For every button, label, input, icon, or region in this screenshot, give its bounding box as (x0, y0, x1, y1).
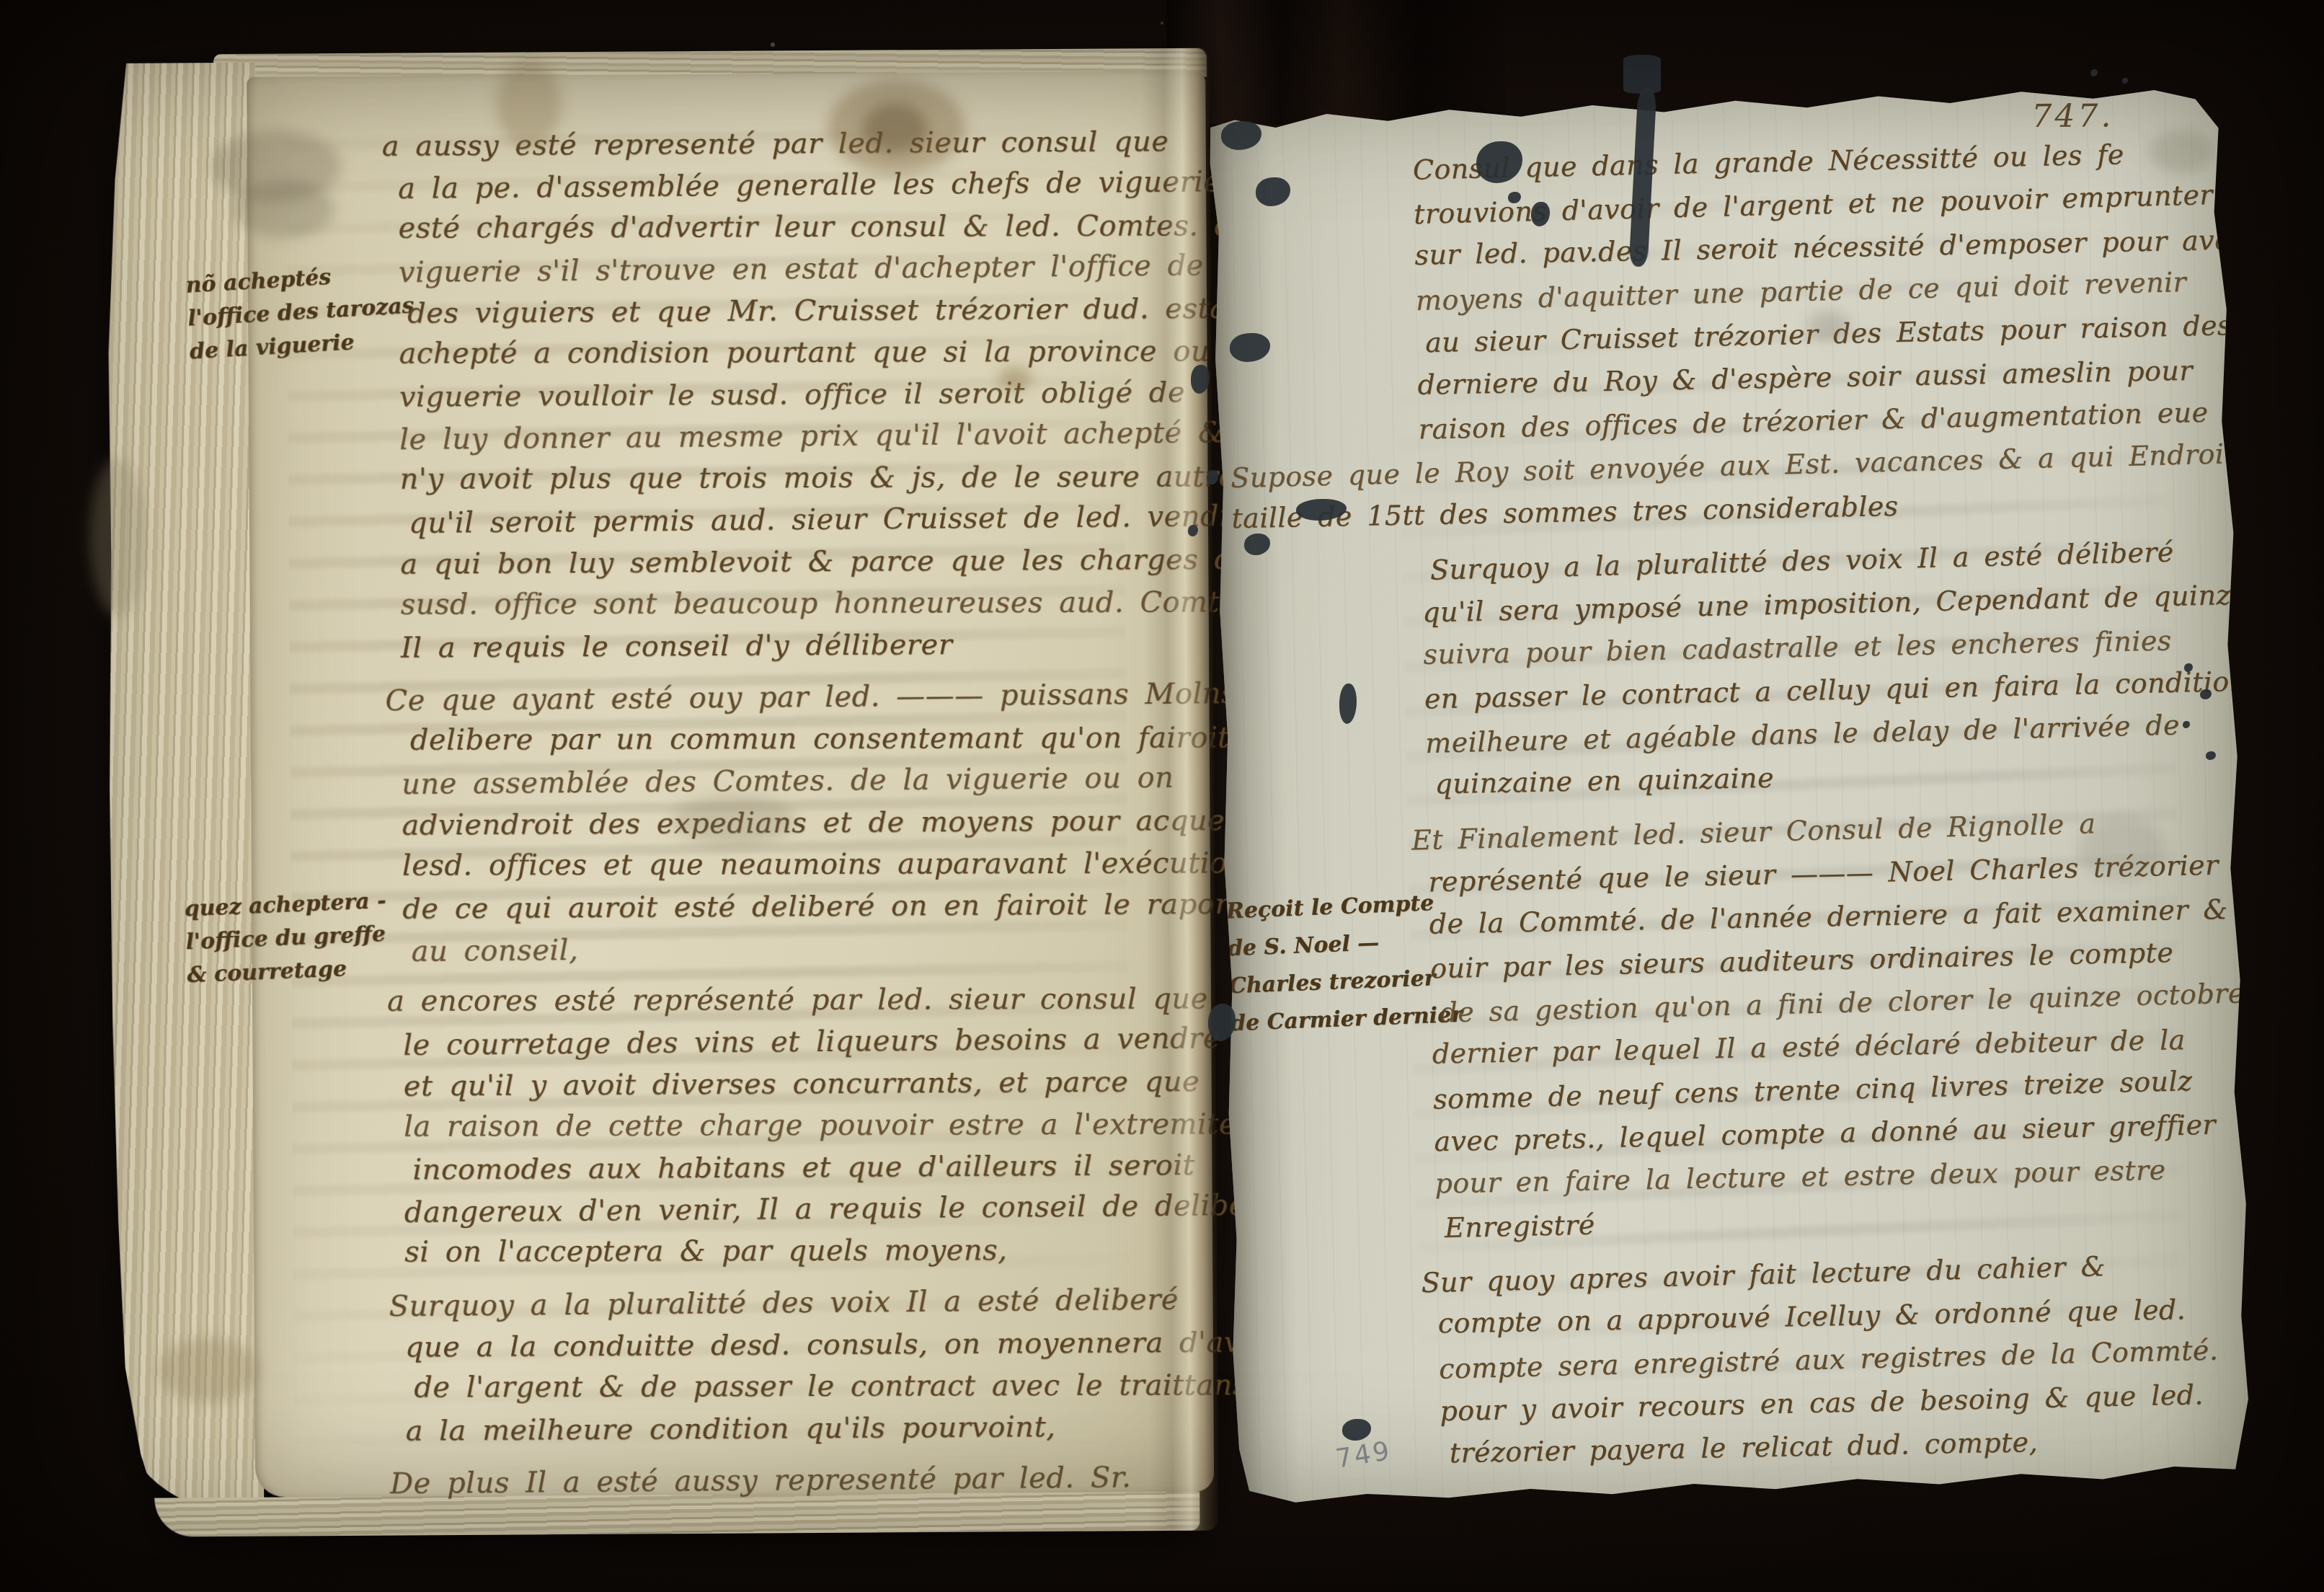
manuscript-line: si on l'acceptera & par quels moyens, (404, 1229, 1226, 1273)
manuscript-line: viguerie voulloir le susd. office il ser… (399, 371, 1221, 418)
manuscript-line: une assemblée des Comtes. de la viguerie… (402, 756, 1223, 805)
stain (862, 103, 927, 154)
manuscript-line: viguerie s'il s'trouve en estat d'achept… (399, 244, 1220, 293)
right-page: 747. 749 Reçoit le Compte de S. Noel — C… (1204, 86, 2256, 1505)
page-number: 747. (2031, 97, 2114, 134)
manuscript-line: de l'argent & de passer le contract avec… (414, 1364, 1227, 1408)
manuscript-line: adviendroit des expedians et de moyens p… (402, 800, 1223, 846)
manuscript-line: que a la conduitte desd. consuls, on moy… (405, 1322, 1227, 1368)
manuscript-line: delibere par un commun consentemant qu'o… (410, 717, 1223, 761)
manuscript-line: de ce qui auroit esté deliberé on en fai… (402, 883, 1224, 930)
book-binding (1166, 0, 1505, 124)
manuscript-line: incomodes aux habitans et que d'ailleurs… (412, 1144, 1225, 1191)
ink-blot (2122, 78, 2128, 84)
left-page: nõ acheptés l'office des tarozas de la v… (105, 48, 1219, 1537)
margin-note-mid: quez acheptera - l'office du greffe & co… (184, 885, 389, 992)
manuscript-line: et qu'il y avoit diverses concurrants, e… (404, 1061, 1225, 1107)
manuscript-line: au conseil, (411, 924, 1224, 973)
manuscript-line: Surquoy a la pluralitté des voix Il a es… (389, 1278, 1226, 1327)
left-page-text: a aussy esté representé par led. sieur c… (398, 120, 1228, 1504)
page-fold-curl (1140, 48, 1219, 1531)
stain (89, 459, 147, 617)
manuscript-photo: nõ acheptés l'office des tarozas de la v… (0, 0, 2324, 1592)
manuscript-line: a qui bon luy semblevoit & parce que les… (400, 539, 1222, 585)
manuscript-line: susd. office sont beaucoup honneureuses … (401, 581, 1223, 625)
manuscript-line: le luy donner au mesme prix qu'il l'avoi… (399, 412, 1221, 461)
manuscript-line: Il a requis le conseil d'y délliberer (401, 622, 1223, 669)
stain (158, 1337, 260, 1403)
stain (998, 366, 1032, 391)
manuscript-line: a la pe. d'assemblée generalle les chefs… (398, 161, 1220, 210)
manuscript-line: De plus Il a esté aussy representé par l… (390, 1456, 1228, 1505)
manuscript-line: esté chargés d'advertir leur consul & le… (398, 205, 1220, 249)
manuscript-line: a encores esté représenté par led. sieur… (387, 978, 1225, 1022)
manuscript-line: dangereux d'en venir, Il a requis le con… (404, 1185, 1226, 1234)
ink-blot (1623, 55, 1661, 94)
manuscript-line: qu'il seroit permis aud. sieur Cruisset … (409, 495, 1222, 544)
manuscript-line: Ce que ayant esté ouy par led. ——— puiss… (385, 673, 1223, 722)
manuscript-line: achepté a condision pourtant que si la p… (399, 330, 1220, 374)
margin-note-right-page: Reçoit le Compte de S. Noel — Charles tr… (1225, 884, 1463, 1043)
manuscript-line: le courretage des vins et liqueurs besoi… (403, 1017, 1225, 1066)
margin-note-top: nõ acheptés l'office des tarozas de la v… (185, 256, 417, 368)
manuscript-line: n'y avoit plus que trois mois & js, de l… (400, 456, 1222, 500)
ink-blot (2090, 69, 2098, 76)
manuscript-line: a la meilheure condition qu'ils pourvoin… (405, 1405, 1227, 1452)
manuscript-line: lesd. offices et que neaumoins auparavan… (402, 842, 1224, 886)
manuscript-line: des viguiers et que Mr. Cruisset trézori… (407, 288, 1220, 335)
stain (496, 61, 562, 148)
manuscript-line: la raison de cette charge pouvoir estre … (404, 1103, 1225, 1147)
